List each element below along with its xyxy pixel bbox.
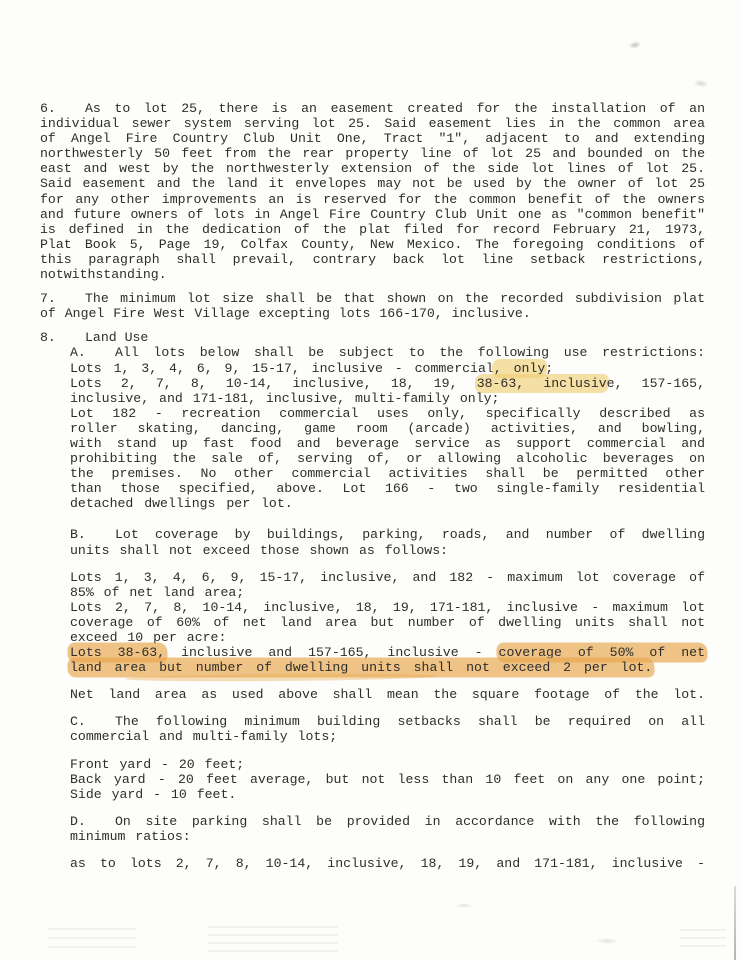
text-line: east and west by the northwesterly exten… bbox=[40, 161, 705, 176]
text-line: inclusive, and 171-181, inclusive, multi… bbox=[70, 391, 705, 406]
paragraph-8-heading: 8.Land Use bbox=[40, 330, 705, 345]
item-number: A. bbox=[70, 345, 115, 360]
text-line: 7.The minimum lot size shall be that sho… bbox=[40, 291, 705, 306]
paragraph-7: 7.The minimum lot size shall be that sho… bbox=[40, 291, 705, 321]
text-line: Side yard - 10 feet. bbox=[70, 787, 705, 802]
paragraph-8d-heading: D.On site parking shall be provided in a… bbox=[40, 814, 705, 844]
text-line: exceed 10 per acre: bbox=[70, 630, 705, 645]
text-line: units shall not exceed those shown as fo… bbox=[70, 543, 705, 558]
text-segment: Side yard - 10 feet. bbox=[70, 787, 236, 802]
text-line: A.All lots below shall be subject to the… bbox=[70, 345, 705, 360]
text-segment: All lots below shall be subject to the f… bbox=[115, 345, 705, 360]
text-line: Lots 38-63, inclusive and 157-165, inclu… bbox=[70, 645, 705, 660]
text-segment: than those specified, above. Lot 166 - t… bbox=[70, 481, 705, 496]
paragraph-8c-setback-list: Front yard - 20 feet;Back yard - 20 feet… bbox=[40, 757, 705, 802]
highlight-mark: Lots 38-63, bbox=[70, 645, 165, 660]
text-segment: roller skating, dancing, game room (arca… bbox=[70, 421, 705, 436]
highlight-mark: , only bbox=[494, 361, 545, 376]
item-number: 7. bbox=[40, 291, 85, 306]
text-line: for any other improvements an is reserve… bbox=[40, 192, 705, 207]
text-segment: Lots 1, 3, 4, 6, 9, 15-17, inclusive, an… bbox=[70, 570, 705, 585]
text-segment: inclusive, and 171-181, inclusive, multi… bbox=[70, 391, 499, 406]
text-segment: as to lots 2, 7, 8, 10-14, inclusive, 18… bbox=[70, 856, 705, 871]
text-segment: Front yard - 20 feet; bbox=[70, 757, 244, 772]
text-segment: The following minimum building setbacks … bbox=[115, 714, 705, 729]
text-segment: individual sewer system serving lot 25. … bbox=[40, 116, 705, 131]
text-segment: exceed 10 per acre: bbox=[70, 630, 226, 645]
text-segment: On site parking shall be provided in acc… bbox=[115, 814, 705, 829]
text-segment: Land Use bbox=[85, 330, 148, 345]
text-line: Lots 2, 7, 8, 10-14, inclusive, 18, 19, … bbox=[70, 600, 705, 615]
text-line: B.Lot coverage by buildings, parking, ro… bbox=[70, 527, 705, 542]
text-line: Front yard - 20 feet; bbox=[70, 757, 705, 772]
text-line: notwithstanding. bbox=[40, 267, 705, 282]
item-number: D. bbox=[70, 814, 115, 829]
text-segment: east and west by the northwesterly exten… bbox=[40, 161, 705, 176]
text-segment: Lot coverage by buildings, parking, road… bbox=[115, 527, 705, 542]
text-line: Said easement and the land it envelopes … bbox=[40, 176, 705, 191]
paragraph-8b-heading: B.Lot coverage by buildings, parking, ro… bbox=[40, 527, 705, 557]
text-segment: minimum ratios: bbox=[70, 829, 191, 844]
text-line: Lots 1, 3, 4, 6, 9, 15-17, inclusive, an… bbox=[70, 570, 705, 585]
text-line: 6.As to lot 25, there is an easement cre… bbox=[40, 101, 705, 116]
text-segment: Plat Book 5, Page 19, Colfax County, New… bbox=[40, 237, 705, 252]
text-segment: of Angel Fire Country Club Unit One, Tra… bbox=[40, 131, 705, 146]
text-segment: coverage of 60% of net land area but num… bbox=[70, 615, 705, 630]
text-line: this paragraph shall prevail, contrary b… bbox=[40, 252, 705, 267]
text-segment: units shall not exceed those shown as fo… bbox=[70, 543, 448, 558]
text-line: individual sewer system serving lot 25. … bbox=[40, 116, 705, 131]
highlight-mark: land area but number of dwelling units s… bbox=[70, 660, 652, 675]
text-segment: Lots 2, 7, 8, 10-14, inclusive, 18, 19, bbox=[70, 376, 477, 391]
text-line: 8.Land Use bbox=[40, 330, 705, 345]
text-line: C.The following minimum building setback… bbox=[70, 714, 705, 729]
text-segment: Back yard - 20 feet average, but not les… bbox=[70, 772, 705, 787]
text-line: Lot 182 - recreation commercial uses onl… bbox=[70, 406, 705, 421]
text-segment: northwesterly 50 feet from the rear prop… bbox=[40, 146, 705, 161]
text-segment: The minimum lot size shall be that shown… bbox=[85, 291, 705, 306]
document-body: 6.As to lot 25, there is an easement cre… bbox=[40, 101, 705, 871]
item-number: C. bbox=[70, 714, 115, 729]
text-line: 85% of net land area; bbox=[70, 585, 705, 600]
text-segment: this paragraph shall prevail, contrary b… bbox=[40, 252, 705, 267]
paragraph-8a-use-restrictions: A.All lots below shall be subject to the… bbox=[40, 345, 705, 511]
text-line: Lots 2, 7, 8, 10-14, inclusive, 18, 19, … bbox=[70, 376, 705, 391]
text-segment: prohibiting the sale of, serving of, or … bbox=[70, 451, 705, 466]
text-line: Net land area as used above shall mean t… bbox=[70, 687, 705, 702]
item-number: B. bbox=[70, 527, 115, 542]
paragraph-8d-parking-line: as to lots 2, 7, 8, 10-14, inclusive, 18… bbox=[40, 856, 705, 871]
text-line: with stand up fast food and beverage ser… bbox=[70, 436, 705, 451]
text-segment: the premises. No other commercial activi… bbox=[70, 466, 705, 481]
text-line: northwesterly 50 feet from the rear prop… bbox=[40, 146, 705, 161]
text-segment: commercial and multi-family lots; bbox=[70, 729, 337, 744]
text-line: minimum ratios: bbox=[70, 829, 705, 844]
paragraph-8b-net-land-note: Net land area as used above shall mean t… bbox=[40, 687, 705, 702]
text-line: prohibiting the sale of, serving of, or … bbox=[70, 451, 705, 466]
text-line: Lots 1, 3, 4, 6, 9, 15-17, inclusive - c… bbox=[70, 361, 705, 376]
text-line: is defined in the dedication of the plat… bbox=[40, 222, 705, 237]
item-number: 8. bbox=[40, 330, 85, 345]
text-line: D.On site parking shall be provided in a… bbox=[70, 814, 705, 829]
highlight-mark: 38-63, inclusiv bbox=[477, 376, 607, 391]
text-segment: with stand up fast food and beverage ser… bbox=[70, 436, 705, 451]
text-segment: Lots 2, 7, 8, 10-14, inclusive, 18, 19, … bbox=[70, 600, 705, 615]
text-line: land area but number of dwelling units s… bbox=[70, 660, 705, 675]
text-segment: Said easement and the land it envelopes … bbox=[40, 176, 705, 191]
text-segment: Lots 1, 3, 4, 6, 9, 15-17, inclusive - c… bbox=[70, 361, 494, 376]
text-segment: 85% of net land area; bbox=[70, 585, 244, 600]
text-line: Back yard - 20 feet average, but not les… bbox=[70, 772, 705, 787]
text-line: of Angel Fire West Village excepting lot… bbox=[40, 306, 705, 321]
text-segment: ; bbox=[545, 361, 553, 376]
text-line: coverage of 60% of net land area but num… bbox=[70, 615, 705, 630]
text-line: as to lots 2, 7, 8, 10-14, inclusive, 18… bbox=[70, 856, 705, 871]
text-segment: notwithstanding. bbox=[40, 267, 167, 282]
paragraph-6: 6.As to lot 25, there is an easement cre… bbox=[40, 101, 705, 282]
text-line: Plat Book 5, Page 19, Colfax County, New… bbox=[40, 237, 705, 252]
item-number: 6. bbox=[40, 101, 85, 116]
paragraph-8b-coverage-list: Lots 1, 3, 4, 6, 9, 15-17, inclusive, an… bbox=[40, 570, 705, 676]
text-line: detached dwellings per lot. bbox=[70, 496, 705, 511]
text-segment: is defined in the dedication of the plat… bbox=[40, 222, 705, 237]
paragraph-8c-heading: C.The following minimum building setback… bbox=[40, 714, 705, 744]
text-segment: As to lot 25, there is an easement creat… bbox=[85, 101, 705, 116]
text-segment: inclusive and 157-165, inclusive - bbox=[165, 645, 498, 660]
text-segment: detached dwellings per lot. bbox=[70, 496, 293, 511]
text-segment: Net land area as used above shall mean t… bbox=[70, 687, 705, 702]
highlight-mark: coverage of 50% of net bbox=[499, 645, 705, 660]
text-segment: for any other improvements an is reserve… bbox=[40, 192, 705, 207]
text-line: roller skating, dancing, game room (arca… bbox=[70, 421, 705, 436]
text-segment: e, 157-165, bbox=[607, 376, 705, 391]
text-line: commercial and multi-family lots; bbox=[70, 729, 705, 744]
text-segment: of Angel Fire West Village excepting lot… bbox=[40, 306, 531, 321]
scanned-document-page: 6.As to lot 25, there is an easement cre… bbox=[0, 0, 742, 960]
text-segment: and future owners of lots in Angel Fire … bbox=[40, 207, 705, 222]
text-line: the premises. No other commercial activi… bbox=[70, 466, 705, 481]
text-line: than those specified, above. Lot 166 - t… bbox=[70, 481, 705, 496]
text-line: and future owners of lots in Angel Fire … bbox=[40, 207, 705, 222]
text-line: of Angel Fire Country Club Unit One, Tra… bbox=[40, 131, 705, 146]
text-segment: Lot 182 - recreation commercial uses onl… bbox=[70, 406, 705, 421]
